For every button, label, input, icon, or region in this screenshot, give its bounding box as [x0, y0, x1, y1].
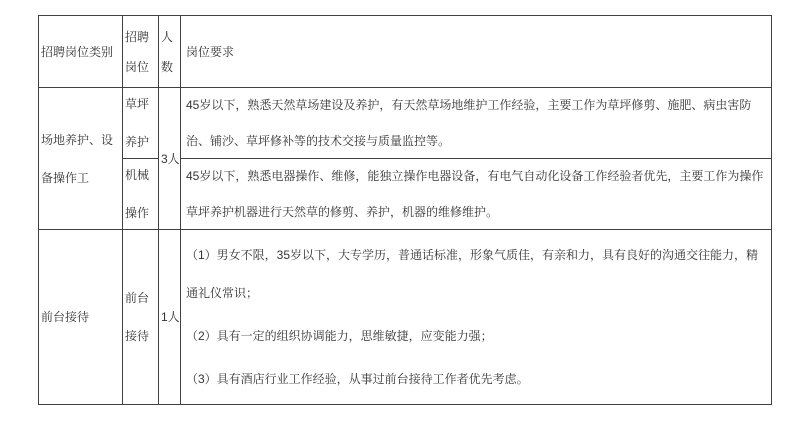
- requirement-cell: （1）男女不限，35岁以下，大专学历，普通话标准，形象气质佳，有亲和力，具有良好…: [181, 230, 771, 404]
- recruitment-table: 招聘岗位类别 招聘岗位 人数 岗位要求 场地养护、设备操作工 草坪养护: [38, 15, 772, 405]
- requirement-cell-group: 45岁以下，熟悉天然草场建设及养护，有天然草场地维护工作经验，主要工作为草坪修剪…: [181, 88, 771, 229]
- requirement-text: 45岁以下，熟悉电器操作、维修，能独立操作电器设备，有电气自动化设备工作经验者优…: [186, 159, 767, 229]
- count-text: 1人: [161, 298, 180, 336]
- category-text: 前台接待: [41, 298, 122, 336]
- category-cell: 前台接待: [39, 230, 123, 404]
- position-text: 机械操作: [125, 159, 158, 229]
- requirement-item: （2）具有一定的组织协调能力，思维敏捷，应变能力强；: [186, 317, 493, 355]
- position-text: 草坪养护: [125, 88, 158, 159]
- header-cell-requirement: 岗位要求: [181, 16, 771, 87]
- count-text: 3人: [161, 140, 180, 178]
- table-header-row: 招聘岗位类别 招聘岗位 人数 岗位要求: [39, 16, 771, 88]
- requirement-item: （1）男女不限，35岁以下，大专学历，普通话标准，形象气质佳，有亲和力，具有良好…: [186, 236, 767, 312]
- table-row-maintenance: 场地养护、设备操作工 草坪养护 机械操作 3人 45岁以下，熟悉天然草场建设及养…: [39, 88, 771, 230]
- header-requirement-label: 岗位要求: [186, 37, 767, 67]
- position-text: 前台接待: [125, 279, 158, 355]
- position-cell: 前台接待: [123, 230, 159, 404]
- position-cell-machine: 机械操作: [123, 159, 158, 229]
- header-count-label: 人数: [161, 22, 180, 82]
- header-cell-count: 人数: [159, 16, 181, 87]
- category-cell: 场地养护、设备操作工: [39, 88, 123, 229]
- header-category-label: 招聘岗位类别: [41, 37, 122, 67]
- count-cell: 3人: [159, 88, 181, 229]
- header-position-label: 招聘岗位: [125, 22, 158, 82]
- header-cell-position: 招聘岗位: [123, 16, 159, 87]
- count-cell: 1人: [159, 230, 181, 404]
- requirement-text: 45岁以下，熟悉天然草场建设及养护，有天然草场地维护工作经验，主要工作为草坪修剪…: [186, 88, 767, 159]
- position-cell-group: 草坪养护 机械操作: [123, 88, 159, 229]
- requirement-cell-machine: 45岁以下，熟悉电器操作、维修，能独立操作电器设备，有电气自动化设备工作经验者优…: [181, 159, 771, 229]
- header-cell-category: 招聘岗位类别: [39, 16, 123, 87]
- page: 招聘岗位类别 招聘岗位 人数 岗位要求 场地养护、设备操作工 草坪养护: [0, 0, 802, 426]
- table-row-reception: 前台接待 前台接待 1人 （1）男女不限，35岁以下，大专学历，普通话标准，形象…: [39, 230, 771, 404]
- requirement-cell-lawn: 45岁以下，熟悉天然草场建设及养护，有天然草场地维护工作经验，主要工作为草坪修剪…: [181, 88, 771, 159]
- category-text: 场地养护、设备操作工: [41, 121, 122, 197]
- position-cell-lawn: 草坪养护: [123, 88, 158, 159]
- requirement-item: （3）具有酒店行业工作经验，从事过前台接待工作者优先考虑。: [186, 360, 529, 398]
